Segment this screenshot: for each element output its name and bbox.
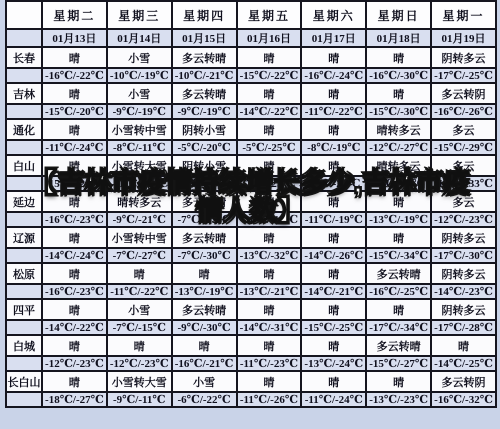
table-row: -15℃/-20℃ -9℃/-19℃ -9℃/-19℃ -14℃/-22℃ -1…	[6, 104, 496, 119]
weather-cell: 多云转阴	[431, 83, 496, 104]
weather-cell: 晴	[301, 119, 366, 140]
weather-cell: 晴	[42, 263, 107, 284]
weather-cell: 小雪转大雪	[107, 371, 172, 392]
weather-cell: 晴	[366, 83, 431, 104]
temp-cell: -14℃/-31℃	[237, 320, 302, 335]
overlay-caption-line1: 【吉林市疫情持续增长多少,吉林市疫	[0, 169, 500, 197]
weather-cell: 晴	[237, 263, 302, 284]
weather-cell: 晴	[301, 47, 366, 68]
table-row: -16℃/-22℃ -10℃/-19℃ -10℃/-21℃ -15℃/-22℃ …	[6, 68, 496, 83]
weather-cell: 阴转多云	[431, 299, 496, 320]
temp-cell: -17℃/-30℃	[431, 248, 496, 263]
table-row: -16℃/-23℃ -11℃/-22℃ -13℃/-19℃ -13℃/-21℃ …	[6, 284, 496, 299]
table-row: -14℃/-22℃ -7℃/-15℃ -9℃/-30℃ -14℃/-31℃ -1…	[6, 320, 496, 335]
weather-cell: 晴	[42, 119, 107, 140]
temp-cell: -12℃/-27℃	[366, 140, 431, 155]
city-empty-cell	[6, 284, 42, 299]
city-empty-cell	[6, 68, 42, 83]
weather-cell: 晴	[42, 47, 107, 68]
weather-cell: 多云转晴	[172, 83, 237, 104]
temp-cell: -14℃/-22℃	[42, 320, 107, 335]
table-row: -11℃/-24℃ -8℃/-11℃ -5℃/-20℃ -5℃/-25℃ -8℃…	[6, 140, 496, 155]
temp-cell: -15℃/-22℃	[237, 68, 302, 83]
temp-cell: -14℃/-21℃	[301, 284, 366, 299]
date-header-cell: 01月13日	[42, 29, 107, 47]
temp-cell: -17℃/-28℃	[431, 320, 496, 335]
table-row: 01月13日 01月14日 01月15日 01月16日 01月17日 01月18…	[6, 29, 496, 47]
table-row: 辽源 晴 小雪转中雪 多云转晴 晴 晴 晴 阴转多云	[6, 227, 496, 248]
temp-cell: -15℃/-34℃	[366, 248, 431, 263]
day-header-cell: 星期四	[172, 1, 237, 29]
temp-cell: -16℃/-32℃	[431, 392, 496, 407]
weather-cell: 晴	[366, 227, 431, 248]
weather-cell: 晴	[301, 227, 366, 248]
city-name: 通化	[6, 119, 42, 140]
weather-cell: 晴	[42, 299, 107, 320]
weather-cell: 阴转多云	[431, 263, 496, 284]
temp-cell: -13℃/-19℃	[172, 284, 237, 299]
city-empty-cell	[6, 248, 42, 263]
weather-cell: 晴	[42, 371, 107, 392]
temp-cell: -16℃/-22℃	[42, 68, 107, 83]
temp-cell: -16℃/-30℃	[366, 68, 431, 83]
temp-cell: -6℃/-22℃	[172, 392, 237, 407]
temp-cell: -9℃/-19℃	[107, 104, 172, 119]
temp-cell: -8℃/-11℃	[107, 140, 172, 155]
temp-cell: -12℃/-23℃	[107, 356, 172, 371]
day-header-cell: 星期二	[42, 1, 107, 29]
corner-cell	[6, 29, 42, 47]
table-row: 通化 晴 小雪转中雪 阴转小雪 晴 晴 晴转多云 多云	[6, 119, 496, 140]
weather-cell: 晴	[431, 335, 496, 356]
weather-cell: 晴	[42, 335, 107, 356]
weather-cell: 晴	[107, 335, 172, 356]
day-header-cell: 星期五	[237, 1, 302, 29]
weather-cell: 晴	[42, 83, 107, 104]
weather-cell: 小雪转中雪	[107, 119, 172, 140]
temp-cell: -7℃/-30℃	[172, 248, 237, 263]
temp-cell: -11℃/-24℃	[301, 392, 366, 407]
weather-cell: 小雪	[107, 47, 172, 68]
day-header-cell: 星期日	[366, 1, 431, 29]
city-name: 长春	[6, 47, 42, 68]
weather-cell: 晴	[237, 299, 302, 320]
temp-cell: -16℃/-23℃	[42, 284, 107, 299]
temp-cell: -9℃/-19℃	[172, 104, 237, 119]
weather-cell: 小雪	[107, 83, 172, 104]
day-header-cell: 星期一	[431, 1, 496, 29]
weather-cell: 晴	[237, 119, 302, 140]
table-row: 白城 晴 晴 晴 晴 晴 多云转晴 晴	[6, 335, 496, 356]
temp-cell: -14℃/-25℃	[431, 356, 496, 371]
temp-cell: -17℃/-34℃	[366, 320, 431, 335]
weather-cell: 阴转多云	[431, 227, 496, 248]
city-empty-cell	[6, 392, 42, 407]
weather-cell: 晴	[366, 47, 431, 68]
day-header-cell: 星期六	[301, 1, 366, 29]
date-header-cell: 01月14日	[107, 29, 172, 47]
weather-cell: 小雪	[107, 299, 172, 320]
table-row: 长春 晴 小雪 多云转晴 晴 晴 晴 阴转多云	[6, 47, 496, 68]
weather-cell: 晴	[237, 335, 302, 356]
temp-cell: -11℃/-23℃	[237, 356, 302, 371]
city-name: 白城	[6, 335, 42, 356]
temp-cell: -16℃/-25℃	[366, 284, 431, 299]
temp-cell: -15℃/-25℃	[301, 320, 366, 335]
temp-cell: -16℃/-21℃	[172, 356, 237, 371]
temp-cell: -8℃/-19℃	[301, 140, 366, 155]
weather-cell: 小雪转中雪	[107, 227, 172, 248]
weather-cell: 晴	[301, 371, 366, 392]
temp-cell: -11℃/-22℃	[107, 284, 172, 299]
temp-cell: -13℃/-24℃	[301, 356, 366, 371]
weather-cell: 晴	[301, 335, 366, 356]
date-header-cell: 01月16日	[237, 29, 302, 47]
city-empty-cell	[6, 140, 42, 155]
weather-cell: 晴	[301, 299, 366, 320]
temp-cell: -11℃/-22℃	[301, 104, 366, 119]
temp-cell: -12℃/-23℃	[42, 356, 107, 371]
weather-cell: 晴	[237, 227, 302, 248]
weather-cell: 多云转晴	[172, 227, 237, 248]
temp-cell: -10℃/-19℃	[107, 68, 172, 83]
temp-cell: -17℃/-25℃	[431, 68, 496, 83]
temp-cell: -15℃/-30℃	[366, 104, 431, 119]
city-name: 吉林	[6, 83, 42, 104]
weather-cell: 多云转晴	[172, 47, 237, 68]
city-name: 长白山	[6, 371, 42, 392]
temp-cell: -18℃/-27℃	[42, 392, 107, 407]
city-empty-cell	[6, 104, 42, 119]
weather-cell: 晴	[301, 263, 366, 284]
weather-cell: 晴	[107, 263, 172, 284]
temp-cell: -11℃/-24℃	[42, 140, 107, 155]
weather-cell: 多云转晴	[366, 335, 431, 356]
date-header-cell: 01月19日	[431, 29, 496, 47]
temp-cell: -15℃/-20℃	[42, 104, 107, 119]
date-header-cell: 01月18日	[366, 29, 431, 47]
temp-cell: -16℃/-24℃	[301, 68, 366, 83]
weather-cell: 晴	[237, 47, 302, 68]
table-row: -12℃/-23℃ -12℃/-23℃ -16℃/-21℃ -11℃/-23℃ …	[6, 356, 496, 371]
weather-forecast-screenshot: 星期二 星期三 星期四 星期五 星期六 星期日 星期一 01月13日 01月14…	[0, 0, 500, 429]
city-empty-cell	[6, 320, 42, 335]
weather-cell: 多云	[431, 119, 496, 140]
temp-cell: -13℃/-32℃	[237, 248, 302, 263]
day-header-cell: 星期三	[107, 1, 172, 29]
weather-cell: 晴	[237, 371, 302, 392]
temp-cell: -9℃/-11℃	[107, 392, 172, 407]
date-header-cell: 01月17日	[301, 29, 366, 47]
table-row: 松原 晴 晴 晴 晴 晴 多云转晴 阴转多云	[6, 263, 496, 284]
city-name: 辽源	[6, 227, 42, 248]
date-header-cell: 01月15日	[172, 29, 237, 47]
temp-cell: -13℃/-21℃	[237, 284, 302, 299]
city-empty-cell	[6, 356, 42, 371]
table-row: 星期二 星期三 星期四 星期五 星期六 星期日 星期一	[6, 1, 496, 29]
weather-cell: 多云转晴	[172, 299, 237, 320]
temp-cell: -14℃/-22℃	[237, 104, 302, 119]
temp-cell: -5℃/-25℃	[237, 140, 302, 155]
temp-cell: -5℃/-20℃	[172, 140, 237, 155]
corner-cell	[6, 1, 42, 29]
temp-cell: -7℃/-27℃	[107, 248, 172, 263]
table-row: -18℃/-27℃ -9℃/-11℃ -6℃/-22℃ -11℃/-26℃ -1…	[6, 392, 496, 407]
temp-cell: -13℃/-23℃	[366, 392, 431, 407]
temp-cell: -14℃/-26℃	[301, 248, 366, 263]
table-row: 吉林 晴 小雪 多云转晴 晴 晴 晴 多云转阴	[6, 83, 496, 104]
temp-cell: -14℃/-23℃	[431, 284, 496, 299]
temp-cell: -15℃/-29℃	[431, 140, 496, 155]
weather-cell: 晴	[301, 83, 366, 104]
weather-cell: 晴	[42, 227, 107, 248]
temp-cell: -7℃/-15℃	[107, 320, 172, 335]
weather-cell: 晴	[366, 371, 431, 392]
weather-cell: 晴转多云	[366, 119, 431, 140]
table-row: 四平 晴 小雪 多云转晴 晴 晴 晴 阴转多云	[6, 299, 496, 320]
temp-cell: -16℃/-26℃	[431, 104, 496, 119]
weather-cell: 阴转多云	[431, 47, 496, 68]
weather-cell: 晴	[172, 335, 237, 356]
city-name: 四平	[6, 299, 42, 320]
temp-cell: -10℃/-21℃	[172, 68, 237, 83]
table-row: 长白山 晴 小雪转大雪 小雪 晴 晴 晴 多云转阴	[6, 371, 496, 392]
city-name: 松原	[6, 263, 42, 284]
weather-cell: 晴	[366, 299, 431, 320]
weather-cell: 阴转小雪	[172, 119, 237, 140]
temp-cell: -9℃/-30℃	[172, 320, 237, 335]
table-row: -14℃/-24℃ -7℃/-27℃ -7℃/-30℃ -13℃/-32℃ -1…	[6, 248, 496, 263]
temp-cell: -15℃/-27℃	[366, 356, 431, 371]
weather-cell: 多云转晴	[366, 263, 431, 284]
overlay-caption-line2: 情人数】	[0, 197, 500, 225]
weather-cell: 多云转阴	[431, 371, 496, 392]
temp-cell: -11℃/-26℃	[237, 392, 302, 407]
weather-cell: 晴	[237, 83, 302, 104]
overlay-caption: 【吉林市疫情持续增长多少,吉林市疫 情人数】	[0, 169, 500, 225]
temp-cell: -14℃/-24℃	[42, 248, 107, 263]
weather-cell: 晴	[172, 263, 237, 284]
weather-cell: 小雪	[172, 371, 237, 392]
